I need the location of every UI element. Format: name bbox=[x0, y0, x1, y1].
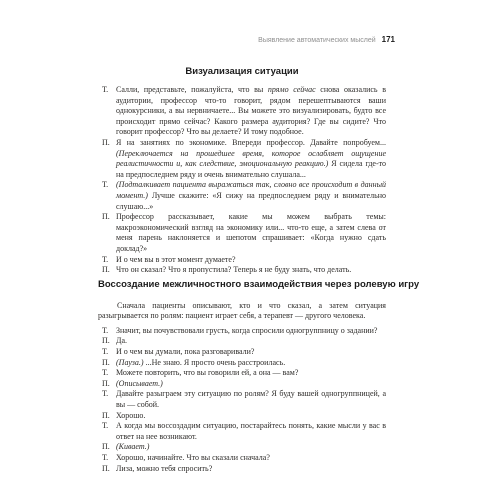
dialogue-turn: П. Профессор рассказывает, какие мы може… bbox=[102, 212, 386, 254]
utterance: Можете повторить, что вы говорили ей, а … bbox=[116, 368, 386, 379]
dialogue-roleplay: Т. Значит, вы почувствовали грусть, когд… bbox=[102, 326, 386, 474]
dialogue-turn: П. (Пауза.) ...Не знаю. Я просто очень р… bbox=[102, 358, 386, 369]
speaker-label: П. bbox=[102, 265, 116, 276]
dialogue-turn: Т. Хорошо, начинайте. Что вы сказали сна… bbox=[102, 453, 386, 464]
speaker-label: П. bbox=[102, 379, 116, 390]
dialogue-turn: П. Да. bbox=[102, 336, 386, 347]
utterance: Да. bbox=[116, 336, 386, 347]
speaker-label: Т. bbox=[102, 255, 116, 266]
speaker-label: Т. bbox=[102, 85, 116, 138]
utterance: Лиза, можно тебя спросить? bbox=[116, 464, 386, 475]
speaker-label: П. bbox=[102, 464, 116, 475]
speaker-label: П. bbox=[102, 336, 116, 347]
utterance: Салли, представьте, пожалуйста, что вы п… bbox=[116, 85, 386, 138]
dialogue-turn: Т. И о чем вы думали, пока разговаривали… bbox=[102, 347, 386, 358]
utterance: Хорошо, начинайте. Что вы сказали сначал… bbox=[116, 453, 386, 464]
utterance: И о чем вы думали, пока разговаривали? bbox=[116, 347, 386, 358]
page-content: Выявление автоматических мыслей171 Визуа… bbox=[98, 36, 386, 474]
section-heading-visualization: Визуализация ситуации bbox=[98, 66, 386, 78]
dialogue-turn: Т. Можете повторить, что вы говорили ей,… bbox=[102, 368, 386, 379]
book-page: Выявление автоматических мыслей171 Визуа… bbox=[0, 0, 500, 500]
utterance: (Описывает.) bbox=[116, 379, 386, 390]
speaker-label: Т. bbox=[102, 368, 116, 379]
dialogue-turn: Т. Давайте разыграем эту ситуацию по рол… bbox=[102, 389, 386, 410]
utterance: Профессор рассказывает, какие мы можем в… bbox=[116, 212, 386, 254]
speaker-label: П. bbox=[102, 411, 116, 422]
dialogue-turn: Т. Значит, вы почувствовали грусть, когд… bbox=[102, 326, 386, 337]
dialogue-turn: Т. А когда мы воссоздадим ситуацию, пост… bbox=[102, 421, 386, 442]
running-head: Выявление автоматических мыслей171 bbox=[98, 36, 395, 45]
dialogue-turn: Т. (Подталкивает пациента выражаться так… bbox=[102, 180, 386, 212]
speaker-label: Т. bbox=[102, 326, 116, 337]
utterance: Значит, вы почувствовали грусть, когда с… bbox=[116, 326, 386, 337]
section-intro-paragraph: Сначала пациенты описывают, кто и что ск… bbox=[98, 301, 386, 322]
utterance: Что он сказал? Что я пропустила? Теперь … bbox=[116, 265, 386, 276]
utterance: И о чем вы в этот момент думаете? bbox=[116, 255, 386, 266]
running-title: Выявление автоматических мыслей bbox=[258, 37, 375, 44]
speaker-label: П. bbox=[102, 442, 116, 453]
speaker-label: Т. bbox=[102, 453, 116, 464]
utterance: Давайте разыграем эту ситуацию по ролям?… bbox=[116, 389, 386, 410]
utterance: (Кивает.) bbox=[116, 442, 386, 453]
page-number: 171 bbox=[382, 35, 395, 44]
dialogue-turn: П. Хорошо. bbox=[102, 411, 386, 422]
speaker-label: П. bbox=[102, 138, 116, 180]
dialogue-turn: Т. И о чем вы в этот момент думаете? bbox=[102, 255, 386, 266]
dialogue-turn: П. Лиза, можно тебя спросить? bbox=[102, 464, 386, 475]
dialogue-turn: П. Что он сказал? Что я пропустила? Тепе… bbox=[102, 265, 386, 276]
dialogue-turn: П. (Кивает.) bbox=[102, 442, 386, 453]
section-heading-roleplay: Воссоздание межличностного взаимодействи… bbox=[98, 279, 386, 291]
utterance: (Пауза.) ...Не знаю. Я просто очень расс… bbox=[116, 358, 386, 369]
speaker-label: П. bbox=[102, 358, 116, 369]
dialogue-turn: П. Я на занятиях по экономике. Впереди п… bbox=[102, 138, 386, 180]
utterance: Я на занятиях по экономике. Впереди проф… bbox=[116, 138, 386, 180]
speaker-label: Т. bbox=[102, 180, 116, 212]
utterance: А когда мы воссоздадим ситуацию, постара… bbox=[116, 421, 386, 442]
speaker-label: Т. bbox=[102, 421, 116, 442]
dialogue-visualization: Т. Салли, представьте, пожалуйста, что в… bbox=[102, 85, 386, 276]
speaker-label: Т. bbox=[102, 347, 116, 358]
utterance: (Подталкивает пациента выражаться так, с… bbox=[116, 180, 386, 212]
dialogue-turn: П. (Описывает.) bbox=[102, 379, 386, 390]
dialogue-turn: Т. Салли, представьте, пожалуйста, что в… bbox=[102, 85, 386, 138]
speaker-label: Т. bbox=[102, 389, 116, 410]
speaker-label: П. bbox=[102, 212, 116, 254]
utterance: Хорошо. bbox=[116, 411, 386, 422]
